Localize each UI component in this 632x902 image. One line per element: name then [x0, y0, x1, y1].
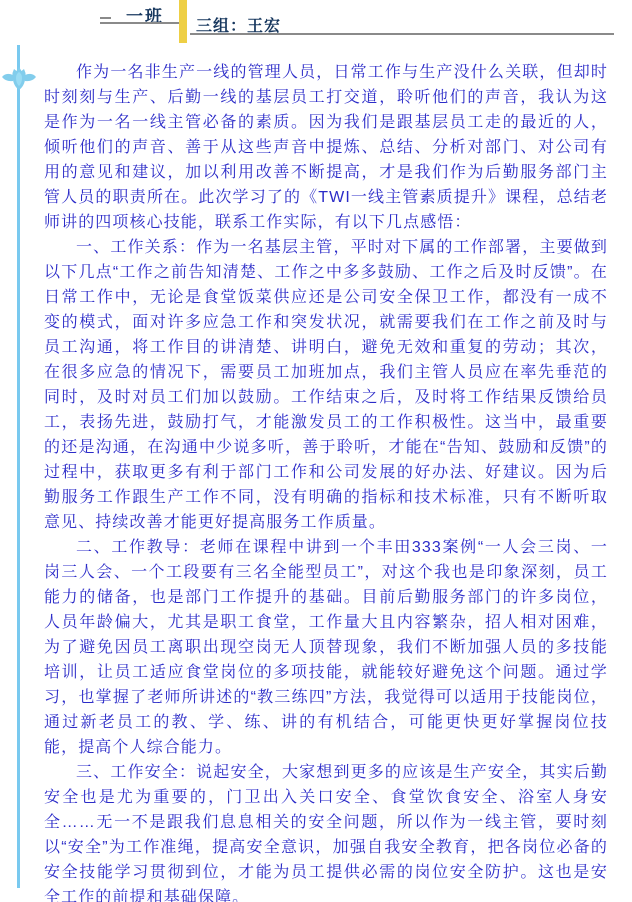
class-underline: [100, 22, 181, 24]
header-divider: [190, 33, 614, 35]
header-small-dash: [100, 17, 111, 19]
timeline-line: [17, 45, 20, 888]
document-page: 一班 三组：王宏 作为一名非生产一线的管理人员，日常工作与生产没什么关联，但却时…: [0, 0, 632, 902]
header-accent-bar: [179, 0, 187, 43]
essay-body: 作为一名非生产一线的管理人员，日常工作与生产没什么关联，但却时时刻刻与生产、后勤…: [44, 60, 608, 902]
winged-shield-icon: [1, 64, 37, 95]
essay-paragraph: 三、工作安全：说起安全，大家想到更多的应该是生产安全，其实后勤安全也是尤为重要的…: [44, 760, 608, 902]
essay-paragraph: 二、工作教导：老师在课程中讲到一个丰田333案例“一人会三岗、一岗三人会、一个工…: [44, 535, 608, 760]
essay-paragraph: 作为一名非生产一线的管理人员，日常工作与生产没什么关联，但却时时刻刻与生产、后勤…: [44, 60, 608, 235]
essay-paragraph: 一、工作关系：作为一名基层主管，平时对下属的工作部署，主要做到以下几点“工作之前…: [44, 235, 608, 535]
